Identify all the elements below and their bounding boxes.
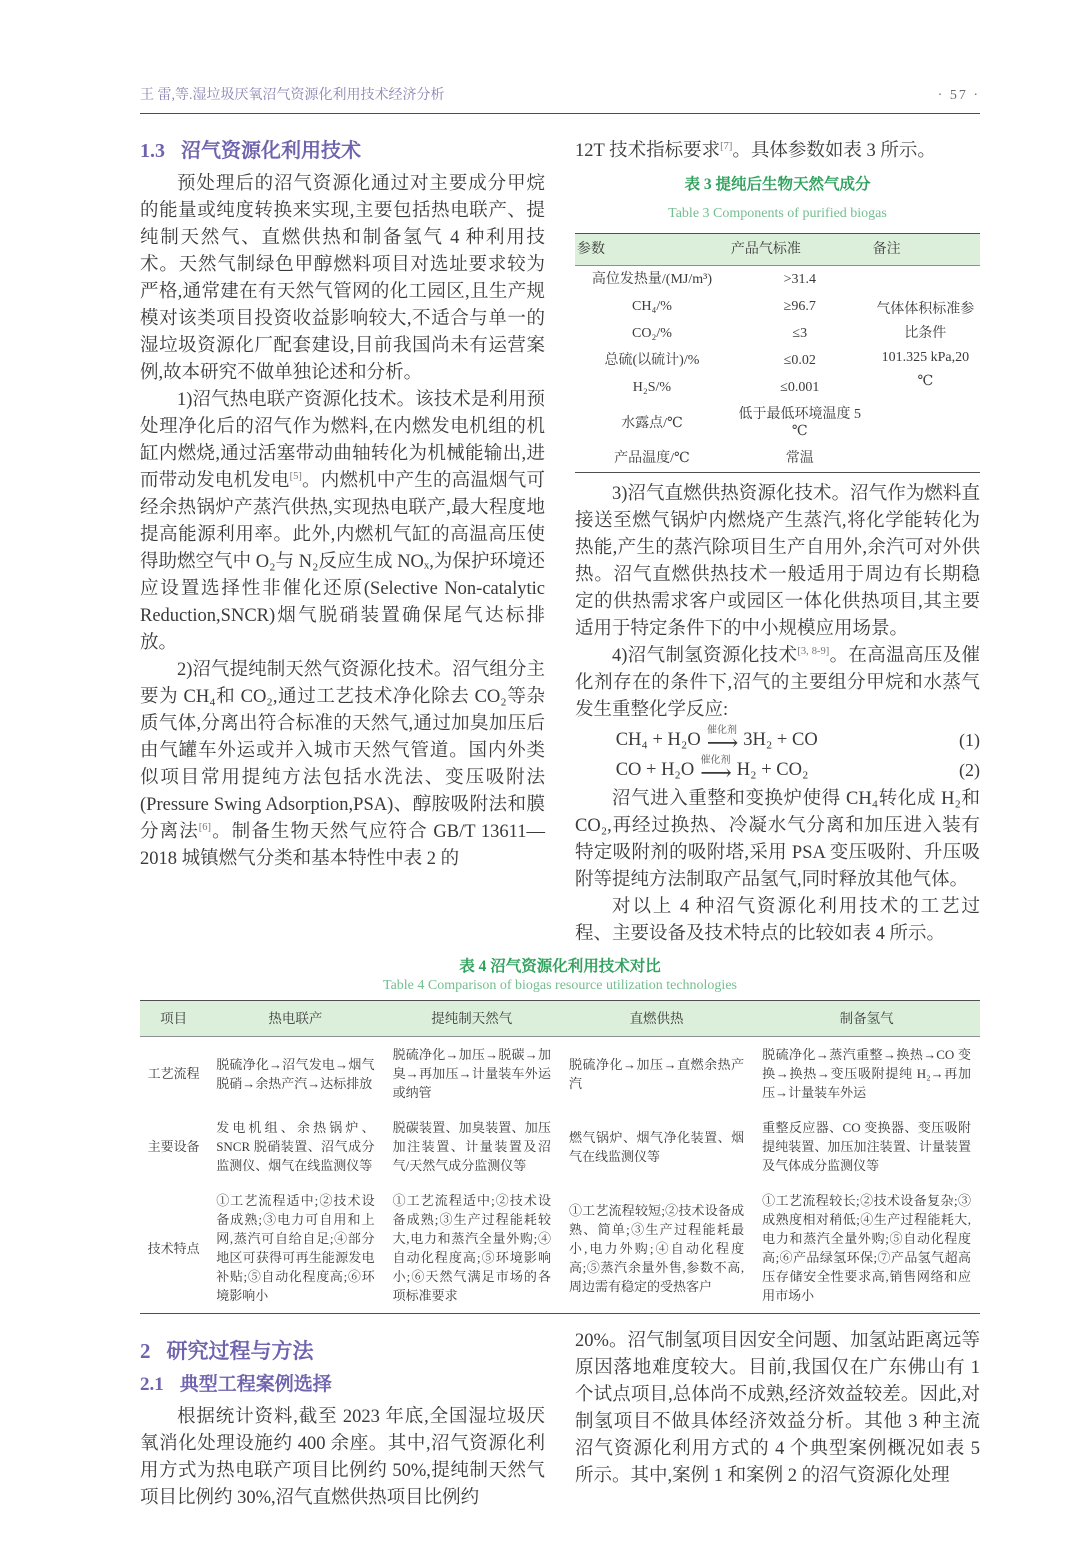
arrow-glyph: ⟶ xyxy=(707,732,738,754)
table4-row-label: 工艺流程 xyxy=(140,1037,207,1111)
table4-cell: 发电机组、余热锅炉、SNCR 脱硝装置、沼气成分监测仪、烟气在线监测仪等 xyxy=(207,1110,383,1183)
table4-row-label: 主要设备 xyxy=(140,1110,207,1183)
table-row-technical-features: 技术特点 ①工艺流程适中;②技术设备成熟;③电力可自用和上网,蒸汽可自给自足;④… xyxy=(140,1183,980,1314)
top-two-columns: 1.3沼气资源化利用技术 预处理后的沼气资源化通过对主要成分甲烷的能量或纯度转换… xyxy=(140,138,980,948)
table4-cell: ①工艺流程较长;②技术设备复杂;③成熟度相对稍低;④生产过程能耗大,电力和蒸汽全… xyxy=(753,1183,980,1314)
equation-1-rhs: 3H₂ + CO xyxy=(743,727,817,754)
table3-value: ≤3 xyxy=(729,320,871,347)
paragraph-case-selection-continued: 20%。沼气制氢项目因安全问题、加氢站距离远等原因落地难度较大。目前,我国仅在广… xyxy=(575,1328,980,1490)
table4-cell: ①工艺流程适中;②技术设备成熟;③电力可自用和上网,蒸汽可自给自足;④部分地区可… xyxy=(207,1183,383,1314)
left-column: 1.3沼气资源化利用技术 预处理后的沼气资源化通过对主要成分甲烷的能量或纯度转换… xyxy=(140,138,545,948)
table3-header-standard: 产品气标准 xyxy=(729,234,871,266)
paragraph-intro-1-3: 预处理后的沼气资源化通过对主要成分甲烷的能量或纯度转换来实现,主要包括热电联产、… xyxy=(140,171,545,387)
equation-1: CH₄ + H₂O 催化剂 ⟶ 3H₂ + CO (1) xyxy=(616,726,980,754)
right-column: 12T 技术指标要求[7]。具体参数如表 3 所示。 表 3 提纯后生物天然气成… xyxy=(575,138,980,948)
table-row-process-flow: 工艺流程 脱硫净化→沼气发电→烟气脱硝→余热产汽→达标排放 脱硫净化→加压→脱碳… xyxy=(140,1037,980,1111)
table3-value: 低于最低环境温度 5 ℃ xyxy=(729,401,871,445)
table3-value: ≥96.7 xyxy=(729,293,871,320)
equation-2-number: (2) xyxy=(959,757,980,784)
table3-param: 高位发热量/(MJ/m³) xyxy=(575,266,729,294)
table4-cell: 脱硫净化→沼气发电→烟气脱硝→余热产汽→达标排放 xyxy=(207,1037,383,1111)
table3-header-parameter: 参数 xyxy=(575,234,729,266)
table3-note-line1: 气体体积标准参比条件 xyxy=(876,302,974,341)
equation-1-lhs: CH₄ + H₂O xyxy=(616,727,701,754)
section-2-1-title: 典型工程案例选择 xyxy=(180,1374,332,1395)
paragraph-hydrogen-process: 沼气进入重整和变换炉使得 CH₄转化成 H₂和 CO₂,再经过换热、冷凝水气分离… xyxy=(575,786,980,894)
table3-caption-en: Table 3 Components of purified biogas xyxy=(575,200,980,227)
table3-value: ≤0.02 xyxy=(729,347,871,374)
table4-header-direct-heating: 直燃供热 xyxy=(560,1001,753,1037)
section-1-3-heading: 1.3沼气资源化利用技术 xyxy=(140,138,545,165)
paragraph-12t-requirement: 12T 技术指标要求[7]。具体参数如表 3 所示。 xyxy=(575,138,980,165)
table4-cell: ①工艺流程适中;②技术设备成熟;③生产过程能耗较大,电力和蒸汽全量外购;④自动化… xyxy=(384,1183,560,1314)
paragraph-case-selection: 根据统计资料,截至 2023 年底,全国湿垃圾厌氧消化处理设施约 400 余座。… xyxy=(140,1404,545,1512)
table4-header-purified-gas: 提纯制天然气 xyxy=(384,1001,560,1037)
section-2-1-heading: 2.1典型工程案例选择 xyxy=(140,1371,545,1398)
table4-cell: ①工艺流程较短;②技术设备成熟、简单;③生产过程能耗最小,电力外购;④自动化程度… xyxy=(560,1183,753,1314)
table4-header-item: 项目 xyxy=(140,1001,207,1037)
section-1-3-number: 1.3 xyxy=(140,140,165,162)
running-title: 王 雷,等.湿垃圾厌氧沼气资源化利用技术经济分析 xyxy=(140,84,445,104)
section-2-number: 2 xyxy=(140,1339,151,1363)
table3-param: CO₂/% xyxy=(575,320,729,347)
arrow-glyph: ⟶ xyxy=(700,762,731,784)
table3-note-line2: 101.325 kPa,20 ℃ xyxy=(882,350,970,389)
paper-page: 王 雷,等.湿垃圾厌氧沼气资源化利用技术经济分析 · 57 · 1.3沼气资源化… xyxy=(0,0,1080,1552)
reaction-arrow: 催化剂 ⟶ xyxy=(707,726,738,754)
section-2-title: 研究过程与方法 xyxy=(167,1339,314,1363)
table3-value: >31.4 xyxy=(729,266,871,294)
section-1-3-title: 沼气资源化利用技术 xyxy=(181,140,361,162)
table3-value: ≤0.001 xyxy=(729,374,871,401)
table4-header-row: 项目 热电联产 提纯制天然气 直燃供热 制备氢气 xyxy=(140,1001,980,1037)
equation-2-lhs: CO + H₂O xyxy=(616,757,695,784)
table4-cell: 脱硫净化→加压→直燃余热产汽 xyxy=(560,1037,753,1111)
table3-header-row: 参数 产品气标准 备注 xyxy=(575,234,980,266)
bottom-two-columns: 2研究过程与方法 2.1典型工程案例选择 根据统计资料,截至 2023 年底,全… xyxy=(140,1328,980,1512)
bottom-right-column: 20%。沼气制氢项目因安全问题、加氢站距离远等原因落地难度较大。目前,我国仅在广… xyxy=(575,1328,980,1512)
equation-1-number: (1) xyxy=(959,727,980,754)
table3-header-remark: 备注 xyxy=(871,234,980,266)
table3-purified-biogas-components: 参数 产品气标准 备注 高位发热量/(MJ/m³) >31.4 气体体积标准参比… xyxy=(575,233,980,473)
equation-2: CO + H₂O 催化剂 ⟶ H₂ + CO₂ (2) xyxy=(616,756,980,784)
table4-cell: 脱碳装置、加臭装置、加压加注装置、计量装置及沼气/天然气成分监测仪等 xyxy=(384,1110,560,1183)
table4-header-hydrogen: 制备氢气 xyxy=(753,1001,980,1037)
table4-cell: 脱硫净化→加压→脱碳→加臭→再加压→计量装车外运或纳管 xyxy=(384,1037,560,1111)
table3-param: 总硫(以硫计)/% xyxy=(575,347,729,374)
table4-cell: 重整反应器、CO 变换器、变压吸附提纯装置、加压加注装置、计量装置及气体成分监测… xyxy=(753,1110,980,1183)
table3-note: 气体体积标准参比条件 101.325 kPa,20 ℃ xyxy=(871,266,980,473)
section-2-heading: 2研究过程与方法 xyxy=(140,1338,545,1365)
reaction-arrow: 催化剂 ⟶ xyxy=(700,756,731,784)
table4-technology-comparison: 项目 热电联产 提纯制天然气 直燃供热 制备氢气 工艺流程 脱硫净化→沼气发电→… xyxy=(140,1000,980,1314)
table4-header-chp: 热电联产 xyxy=(207,1001,383,1037)
paragraph-direct-heating: 3)沼气直燃供热资源化技术。沼气作为燃料直接送至燃气锅炉内燃烧产生蒸汽,将化学能… xyxy=(575,481,980,643)
paragraph-table4-lead: 对以上 4 种沼气资源化利用技术的工艺过程、主要设备及技术特点的比较如表 4 所… xyxy=(575,894,980,948)
table4-caption-en: Table 4 Comparison of biogas resource ut… xyxy=(140,978,980,994)
table3-param: CH₄/% xyxy=(575,293,729,320)
section-2-1-number: 2.1 xyxy=(140,1374,164,1395)
page-number: · 57 · xyxy=(938,88,980,104)
paragraph-chp-technology: 1)沼气热电联产资源化技术。该技术是利用预处理净化后的沼气作为燃料,在内燃发电机… xyxy=(140,387,545,657)
table3-param: H₂S/% xyxy=(575,374,729,401)
table4-caption-zh: 表 4 沼气资源化利用技术对比 xyxy=(140,954,980,976)
paragraph-purification-technology: 2)沼气提纯制天然气资源化技术。沼气组分主要为 CH₄和 CO₂,通过工艺技术净… xyxy=(140,657,545,873)
table3-param: 产品温度/℃ xyxy=(575,445,729,473)
running-head: 王 雷,等.湿垃圾厌氧沼气资源化利用技术经济分析 · 57 · xyxy=(140,84,980,114)
table4-cell: 燃气锅炉、烟气净化装置、烟气在线监测仪等 xyxy=(560,1110,753,1183)
table3-value: 常温 xyxy=(729,445,871,473)
table3-param: 水露点/℃ xyxy=(575,401,729,445)
table4-row-label: 技术特点 xyxy=(140,1183,207,1314)
table-row: 高位发热量/(MJ/m³) >31.4 气体体积标准参比条件 101.325 k… xyxy=(575,266,980,294)
paragraph-hydrogen-intro: 4)沼气制氢资源化技术[3, 8-9]。在高温高压及催化剂存在的条件下,沼气的主… xyxy=(575,643,980,724)
table3-caption-zh: 表 3 提纯后生物天然气成分 xyxy=(575,171,980,198)
bottom-left-column: 2研究过程与方法 2.1典型工程案例选择 根据统计资料,截至 2023 年底,全… xyxy=(140,1328,545,1512)
table-row-main-equipment: 主要设备 发电机组、余热锅炉、SNCR 脱硝装置、沼气成分监测仪、烟气在线监测仪… xyxy=(140,1110,980,1183)
equation-2-rhs: H₂ + CO₂ xyxy=(737,757,809,784)
table4-cell: 脱硫净化→蒸汽重整→换热→CO 变换→换热→变压吸附提纯 H₂→再加压→计量装车… xyxy=(753,1037,980,1111)
